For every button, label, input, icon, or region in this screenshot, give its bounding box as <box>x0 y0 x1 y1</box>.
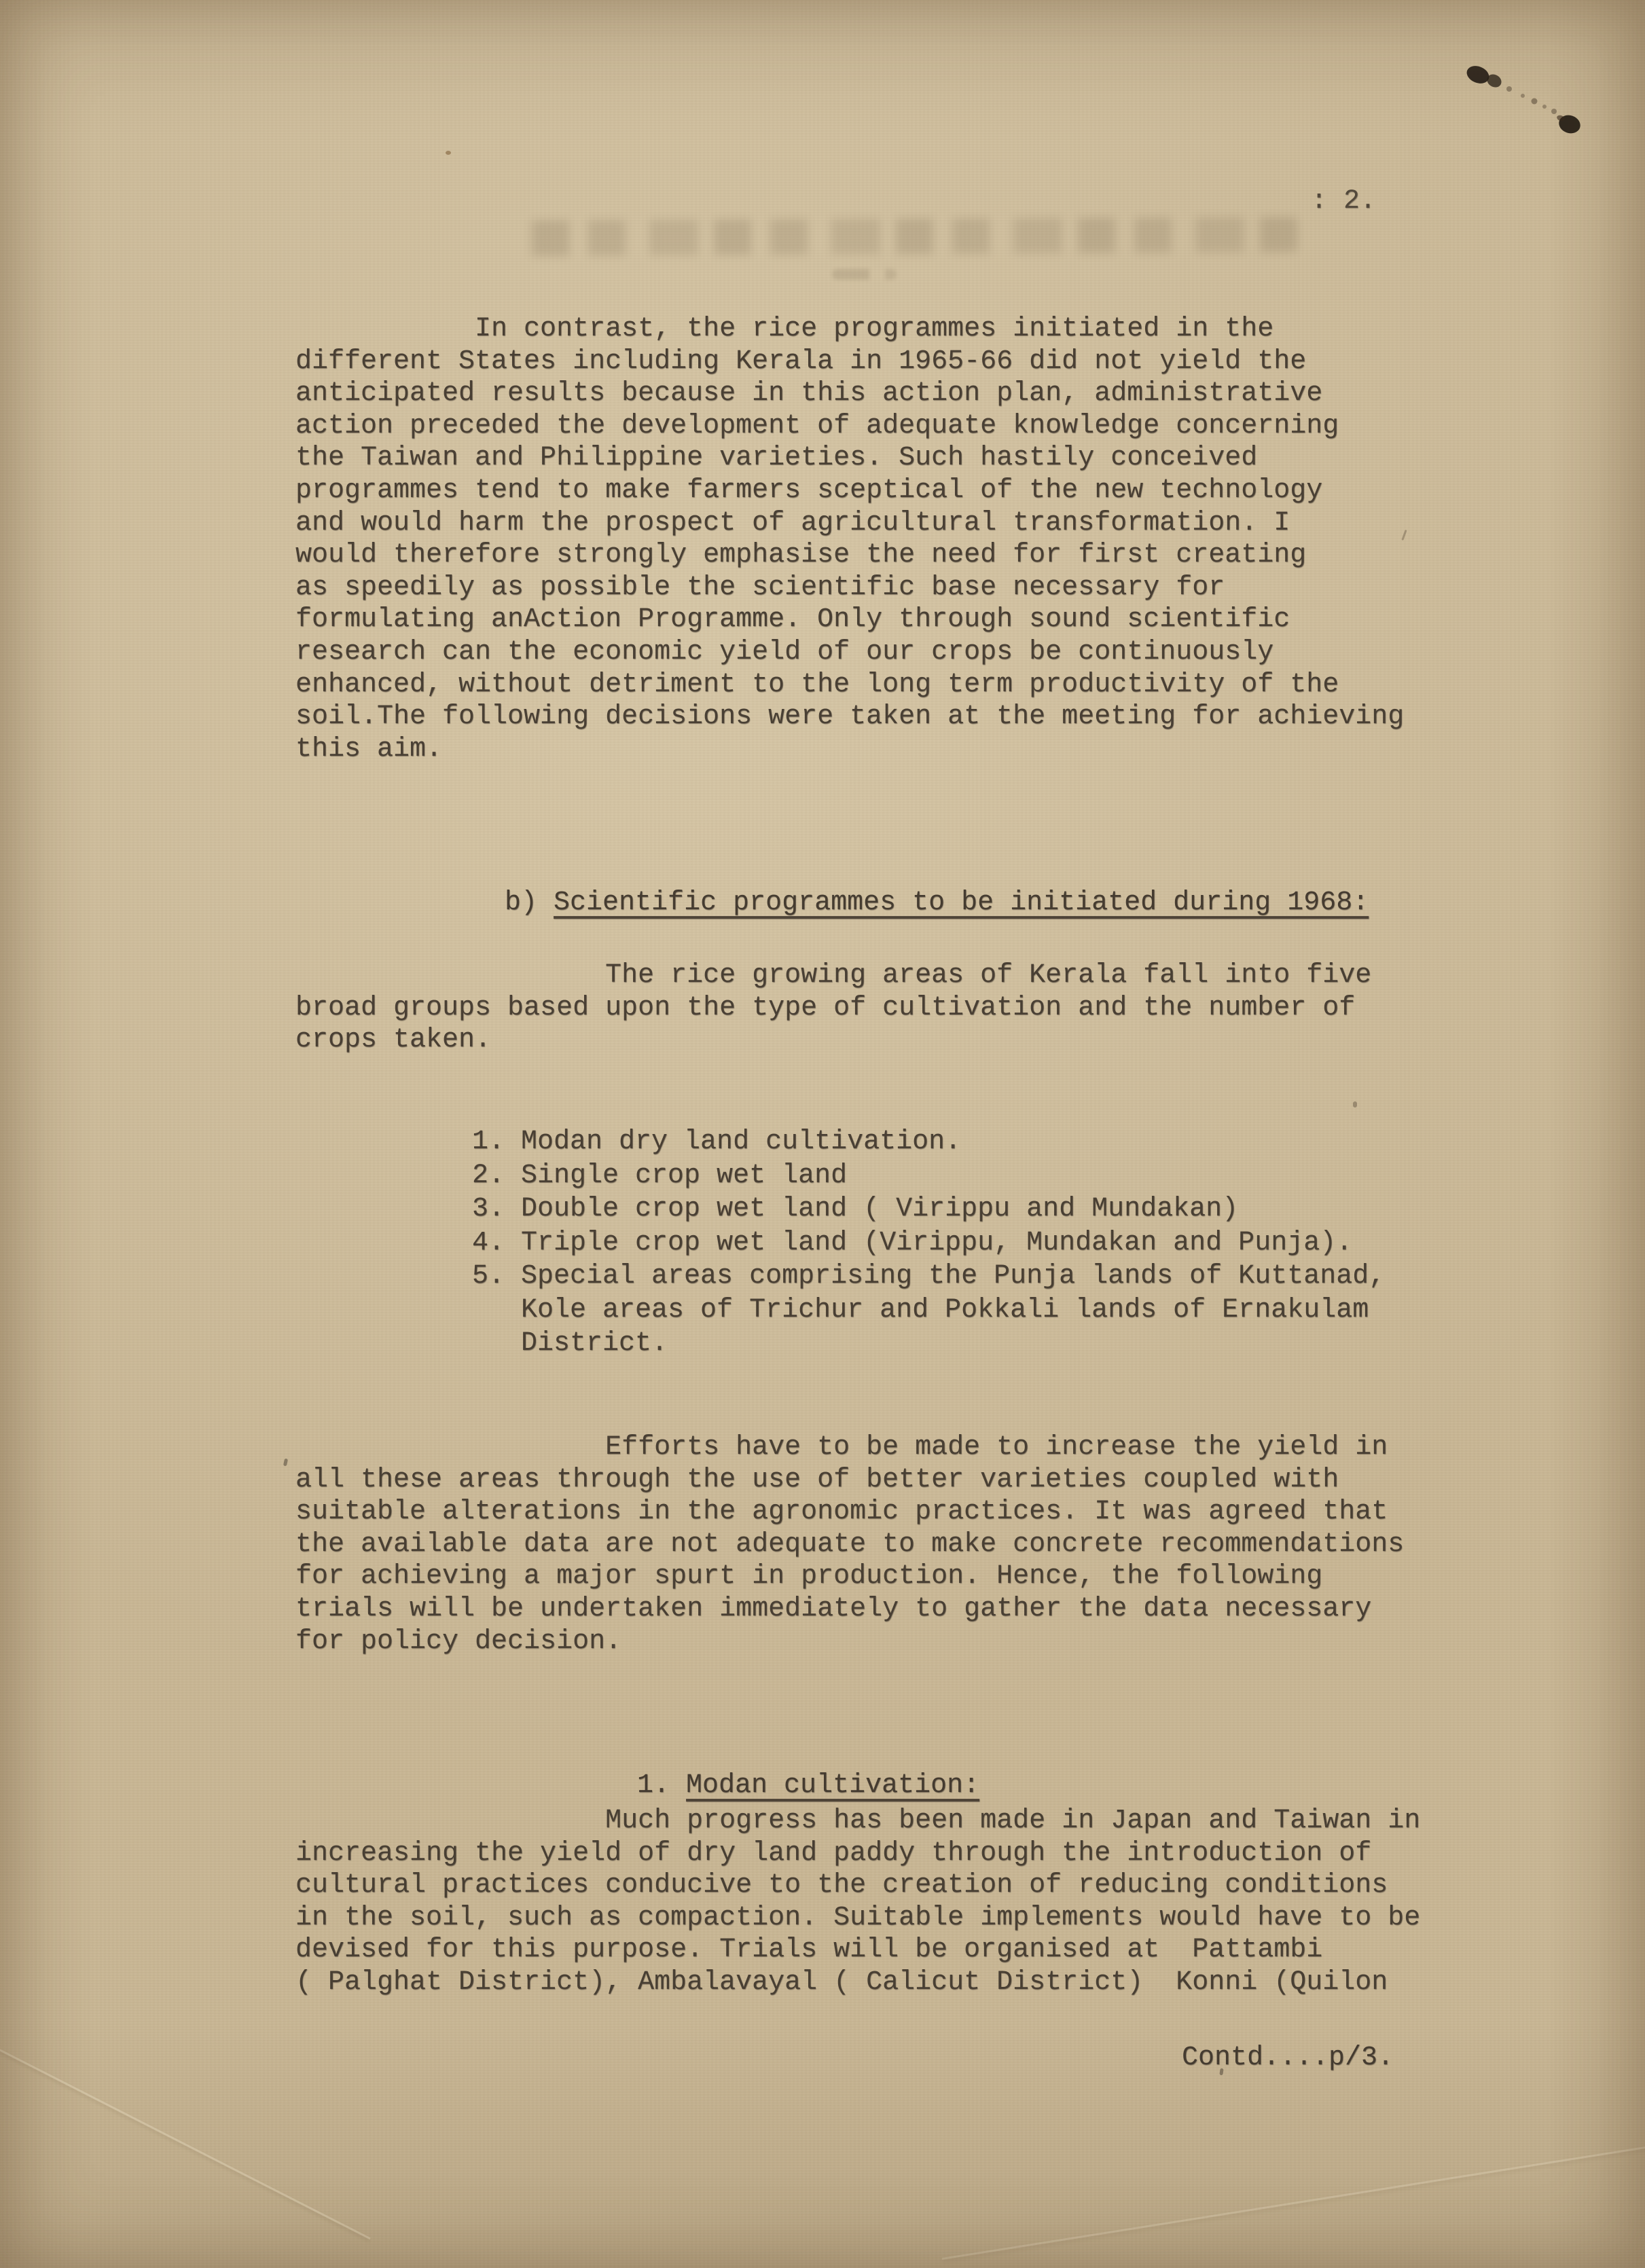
scan-vignette <box>0 0 1645 2268</box>
